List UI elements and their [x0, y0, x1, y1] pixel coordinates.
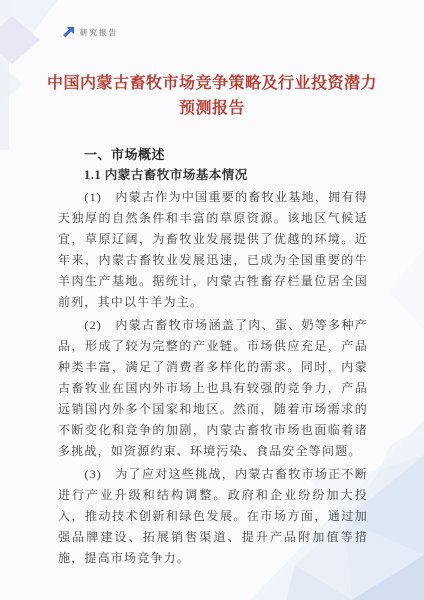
subsection-heading: 1.1 内蒙古畜牧市场基本情况 [58, 167, 368, 183]
report-body: 一、市场概述 1.1 内蒙古畜牧市场基本情况 (1) 内蒙古作为中国重要的畜牧业… [58, 147, 368, 571]
report-page: 研究报告 中国内蒙古畜牧市场竞争策略及行业投资潜力预测报告 一、市场概述 1.1… [0, 0, 424, 600]
paragraph-1: (1) 内蒙古作为中国重要的畜牧业基地，拥有得天独厚的自然条件和丰富的草原资源。… [58, 187, 368, 313]
brand-name: 研究报告 [80, 27, 118, 38]
arrow-up-right-logo-icon [62, 26, 75, 39]
brand-logo: 研究报告 [62, 26, 118, 39]
paragraph-2: (2) 内蒙古畜牧市场涵盖了肉、蛋、奶等多种产品，形成了较为完整的产业链。市场供… [58, 315, 368, 462]
section-heading: 一、市场概述 [58, 147, 368, 163]
report-title: 中国内蒙古畜牧市场竞争策略及行业投资潜力预测报告 [40, 71, 384, 121]
paragraph-3: (3) 为了应对这些挑战，内蒙古畜牧市场正不断进行产业升级和结构调整。政府和企业… [58, 464, 368, 569]
